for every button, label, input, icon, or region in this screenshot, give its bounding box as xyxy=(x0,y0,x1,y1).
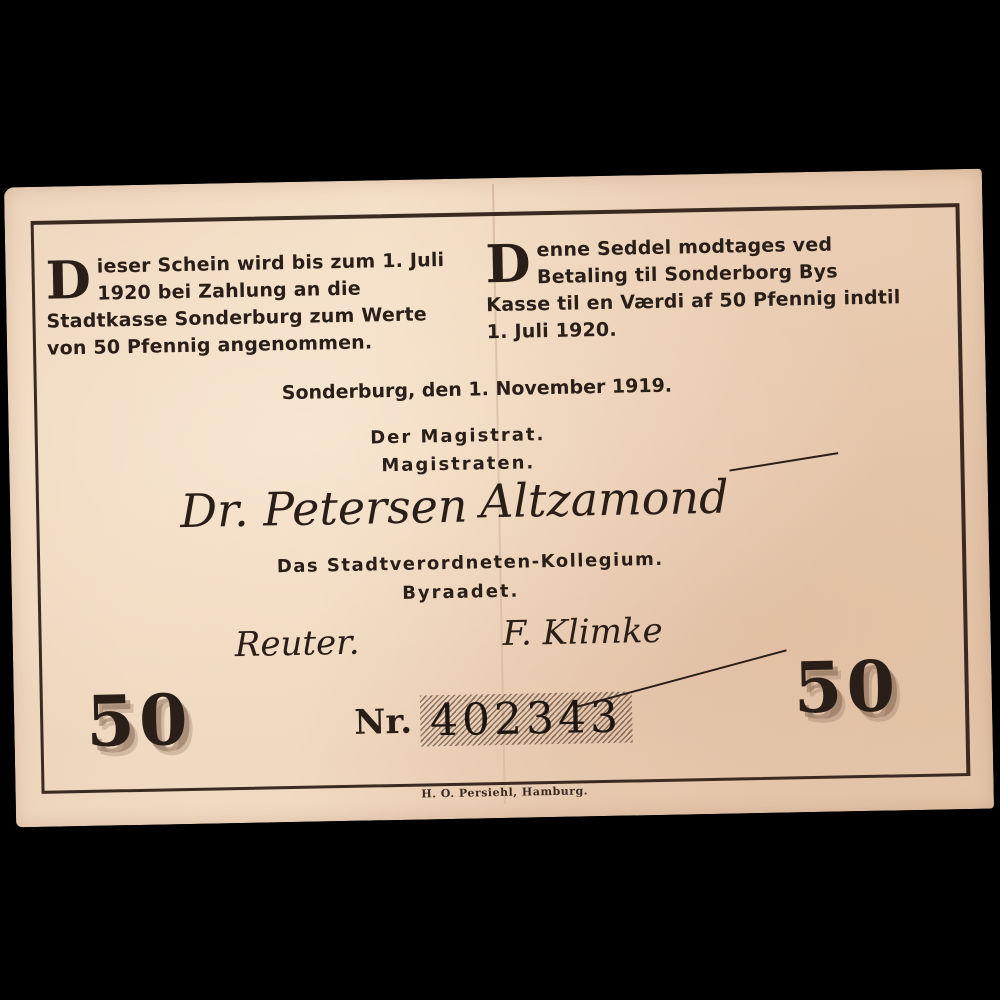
signature-second-magistrat: Altzamond xyxy=(480,470,729,529)
serial-number: 402343 xyxy=(419,691,632,746)
danish-text-block: D enne Seddel modtages ved Betaling til … xyxy=(485,230,902,346)
denomination-left: 50 xyxy=(85,678,192,763)
serial-label: Nr. xyxy=(354,701,412,742)
signature-reuter: Reuter. xyxy=(234,623,359,665)
german-text: ieser Schein wird bis zum 1. Juli 1920 b… xyxy=(46,249,444,360)
danish-initial: D xyxy=(485,241,531,288)
serial-number-area: Nr. 402343 xyxy=(354,691,633,747)
denomination-right: 50 xyxy=(793,644,900,729)
danish-text: enne Seddel modtages ved Betaling til So… xyxy=(486,234,901,344)
signature-council-second: F. Klimke xyxy=(502,611,663,654)
banknote: D ieser Schein wird bis zum 1. Juli 1920… xyxy=(4,169,994,828)
german-text-block: D ieser Schein wird bis zum 1. Juli 1920… xyxy=(45,247,447,363)
signature-petersen: Dr. Petersen xyxy=(180,479,468,539)
german-initial: D xyxy=(45,258,91,305)
